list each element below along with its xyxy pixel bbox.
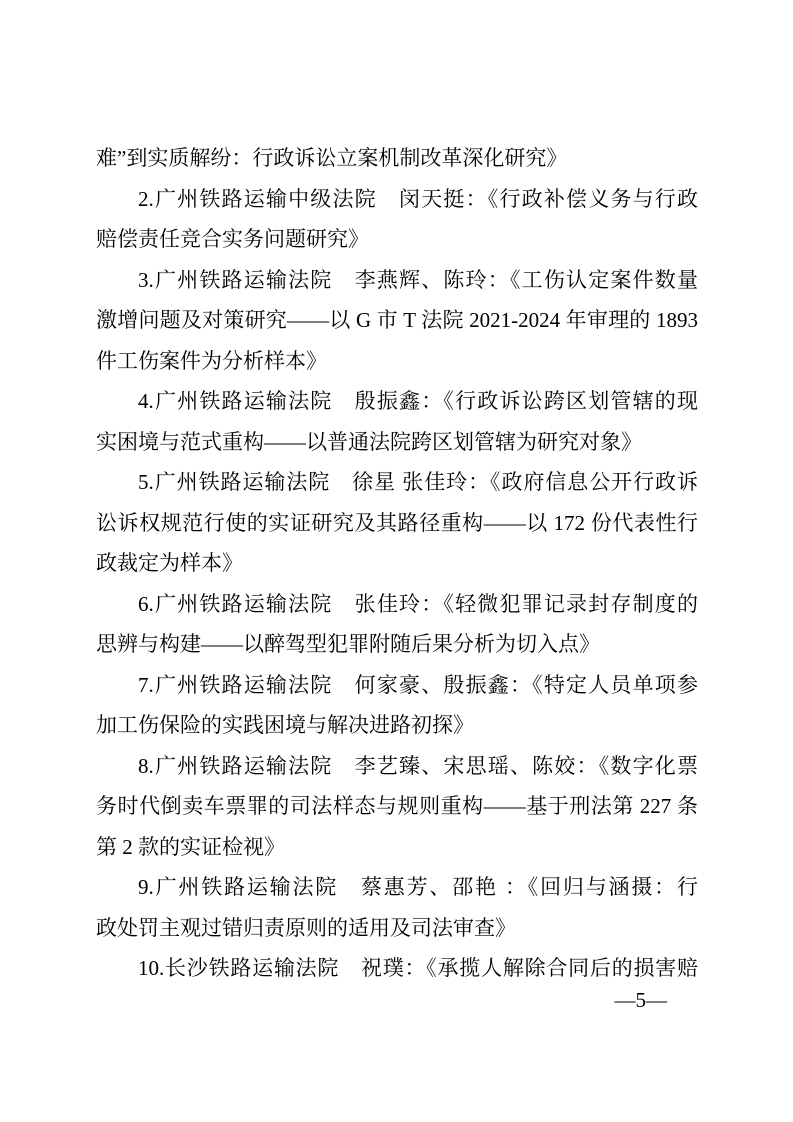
text-line: 5.广州铁路运输法院 徐星 张佳玲：《政府信息公开行政诉 (96, 462, 698, 503)
text-line: 思辨与构建——以醉驾型犯罪附随后果分析为切入点》 (96, 624, 698, 665)
text-line: 赔偿责任竞合实务问题研究》 (96, 219, 698, 260)
text-line: 激增问题及对策研究——以 G 市 T 法院 2021-2024 年审理的 189… (96, 300, 698, 341)
text-line: 第 2 款的实证检视》 (96, 827, 698, 868)
text-line: 9.广州铁路运输法院 蔡惠芳、邵艳 ：《回归与涵摄：行 (96, 867, 698, 908)
document-page: 难”到实质解纷：行政诉讼立案机制改革深化研究》 2.广州铁路运输中级法院 闵天挺… (0, 0, 793, 1122)
text-line: 实困境与范式重构——以普通法院跨区划管辖为研究对象》 (96, 422, 698, 463)
text-line: 件工伤案件为分析样本》 (96, 341, 698, 382)
text-line: 讼诉权规范行使的实证研究及其路径重构——以 172 份代表性行 (96, 503, 698, 544)
text-line: 10.长沙铁路运输法院 祝璞：《承揽人解除合同后的损害赔 (96, 948, 698, 989)
page-number: —5— (615, 990, 668, 1011)
text-line: 政处罚主观过错归责原则的适用及司法审查》 (96, 908, 698, 949)
text-line: 难”到实质解纷：行政诉讼立案机制改革深化研究》 (96, 138, 698, 179)
text-line: 政裁定为样本》 (96, 543, 698, 584)
text-line: 3.广州铁路运输法院 李燕辉、陈玲：《工伤认定案件数量 (96, 260, 698, 301)
text-line: 4.广州铁路运输法院 殷振鑫：《行政诉讼跨区划管辖的现 (96, 381, 698, 422)
text-line: 8.广州铁路运输法院 李艺臻、宋思瑶、陈姣：《数字化票 (96, 746, 698, 787)
text-line: 务时代倒卖车票罪的司法样态与规则重构——基于刑法第 227 条 (96, 786, 698, 827)
text-line: 7.广州铁路运输法院 何家豪、殷振鑫：《特定人员单项参 (96, 665, 698, 706)
text-line: 6.广州铁路运输法院 张佳玲：《轻微犯罪记录封存制度的 (96, 584, 698, 625)
text-line: 加工伤保险的实践困境与解决进路初探》 (96, 705, 698, 746)
document-body: 难”到实质解纷：行政诉讼立案机制改革深化研究》 2.广州铁路运输中级法院 闵天挺… (96, 138, 698, 989)
text-line: 2.广州铁路运输中级法院 闵天挺：《行政补偿义务与行政 (96, 179, 698, 220)
